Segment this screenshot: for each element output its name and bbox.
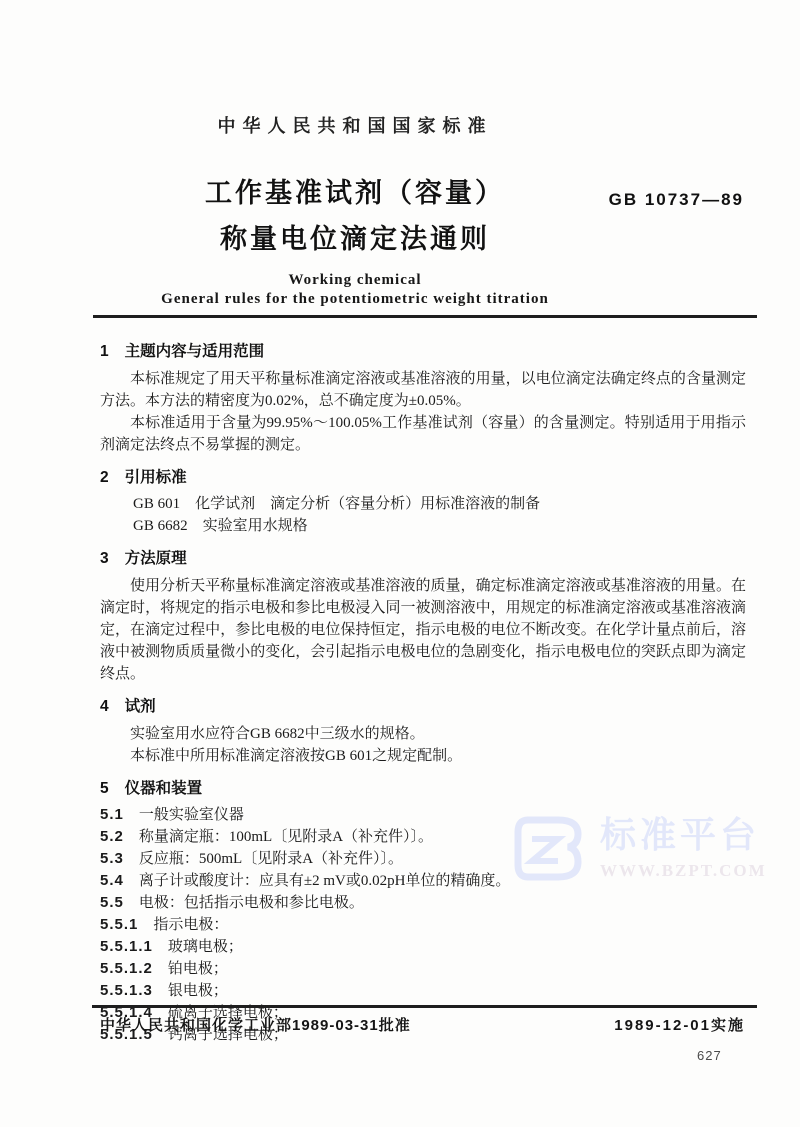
list-item: 5.5.1.1玻璃电极； bbox=[100, 936, 746, 958]
list-item: 5.3反应瓶：500mL〔见附录A（补充件）〕。 bbox=[100, 848, 746, 870]
referenced-standard-gb601: GB 601 化学试剂 滴定分析（容量分析）用标准溶液的制备 bbox=[100, 493, 746, 515]
list-item: 5.5.1.3银电极； bbox=[100, 980, 746, 1002]
item-text: 一般实验室仪器 bbox=[139, 807, 244, 823]
section-3-heading: 3方法原理 bbox=[100, 548, 746, 570]
item-number: 5.1 bbox=[100, 806, 124, 823]
section-3-number: 3 bbox=[100, 550, 109, 567]
section-2-heading: 2引用标准 bbox=[100, 467, 746, 489]
item-number: 5.4 bbox=[100, 872, 124, 889]
list-item: 5.2称量滴定瓶：100mL〔见附录A（补充件）〕。 bbox=[100, 826, 746, 848]
list-item: 5.5电极：包括指示电极和参比电极。 bbox=[100, 892, 746, 914]
item-number: 5.5.1.2 bbox=[100, 960, 153, 977]
list-item: 5.5.1指示电极： bbox=[100, 914, 746, 936]
item-text: 指示电极： bbox=[153, 917, 228, 933]
section-2-title: 引用标准 bbox=[125, 469, 187, 486]
item-text: 反应瓶：500mL〔见附录A（补充件）〕。 bbox=[139, 851, 403, 867]
list-item: 5.5.1.2铂电极； bbox=[100, 958, 746, 980]
section-4-title: 试剂 bbox=[125, 698, 156, 715]
section-1-heading: 1主题内容与适用范围 bbox=[100, 341, 746, 363]
english-title-line2: General rules for the potentiometric wei… bbox=[75, 291, 635, 308]
item-text: 电极：包括指示电极和参比电极。 bbox=[139, 895, 364, 911]
standard-document-page: 中华人民共和国国家标准 工作基准试剂（容量） 称量电位滴定法通则 Working… bbox=[0, 0, 800, 1127]
approval-statement: 中华人民共和国化学工业部1989-03-31批准 bbox=[100, 1014, 411, 1035]
item-text: 银电极； bbox=[168, 983, 228, 999]
section-5-number: 5 bbox=[100, 780, 109, 797]
section-5-heading: 5仪器和装置 bbox=[100, 778, 746, 800]
footer-divider-rule bbox=[92, 1005, 757, 1008]
item-text: 铂电极； bbox=[168, 961, 228, 977]
item-text: 离子计或酸度计：应具有±2 mV或0.02pH单位的精确度。 bbox=[139, 873, 511, 889]
apparatus-item-list: 5.1一般实验室仪器 5.2称量滴定瓶：100mL〔见附录A（补充件）〕。 5.… bbox=[100, 804, 746, 1046]
list-item: 5.1一般实验室仪器 bbox=[100, 804, 746, 826]
item-number: 5.2 bbox=[100, 828, 124, 845]
section-3-title: 方法原理 bbox=[125, 550, 187, 567]
standard-code: GB 10737—89 bbox=[609, 190, 744, 210]
section-1-paragraph-1: 本标准规定了用天平称量标准滴定溶液或基准溶液的用量，以电位滴定法确定终点的含量测… bbox=[100, 368, 746, 412]
item-text: 玻璃电极； bbox=[168, 939, 243, 955]
section-4-paragraph-2: 本标准中所用标准滴定溶液按GB 601之规定配制。 bbox=[100, 745, 746, 767]
document-title-line2: 称量电位滴定法通则 bbox=[75, 217, 635, 256]
document-header: 中华人民共和国国家标准 工作基准试剂（容量） 称量电位滴定法通则 Working… bbox=[75, 0, 635, 308]
implementation-date: 1989-12-01实施 bbox=[614, 1014, 745, 1035]
item-number: 5.5 bbox=[100, 894, 124, 911]
item-text: 称量滴定瓶：100mL〔见附录A（补充件）〕。 bbox=[139, 829, 433, 845]
section-4-number: 4 bbox=[100, 698, 109, 715]
section-4-heading: 4试剂 bbox=[100, 696, 746, 718]
section-4-paragraph-1: 实验室用水应符合GB 6682中三级水的规格。 bbox=[100, 723, 746, 745]
english-title-line1: Working chemical bbox=[75, 272, 635, 289]
national-standard-label: 中华人民共和国国家标准 bbox=[75, 112, 635, 138]
item-number: 5.3 bbox=[100, 850, 124, 867]
section-3-paragraph-1: 使用分析天平称量标准滴定溶液或基准溶液的质量，确定标准滴定溶液或基准溶液的用量。… bbox=[100, 575, 746, 685]
document-title-line1: 工作基准试剂（容量） bbox=[75, 171, 635, 210]
list-item: 5.4离子计或酸度计：应具有±2 mV或0.02pH单位的精确度。 bbox=[100, 870, 746, 892]
referenced-standard-gb6682: GB 6682 实验室用水规格 bbox=[100, 515, 746, 537]
header-divider-rule bbox=[93, 315, 757, 318]
page-number: 627 bbox=[697, 1048, 722, 1063]
referenced-standards-list: GB 601 化学试剂 滴定分析（容量分析）用标准溶液的制备 GB 6682 实… bbox=[100, 493, 746, 537]
section-2-number: 2 bbox=[100, 469, 109, 486]
section-5-title: 仪器和装置 bbox=[125, 780, 203, 797]
section-1-paragraph-2: 本标准适用于含量为99.95%～100.05%工作基准试剂（容量）的含量测定。特… bbox=[100, 412, 746, 456]
item-number: 5.5.1.3 bbox=[100, 982, 153, 999]
section-1-number: 1 bbox=[100, 343, 109, 360]
document-body: 1主题内容与适用范围 本标准规定了用天平称量标准滴定溶液或基准溶液的用量，以电位… bbox=[100, 336, 746, 1046]
section-1-title: 主题内容与适用范围 bbox=[125, 343, 265, 360]
item-number: 5.5.1 bbox=[100, 916, 138, 933]
item-number: 5.5.1.1 bbox=[100, 938, 153, 955]
